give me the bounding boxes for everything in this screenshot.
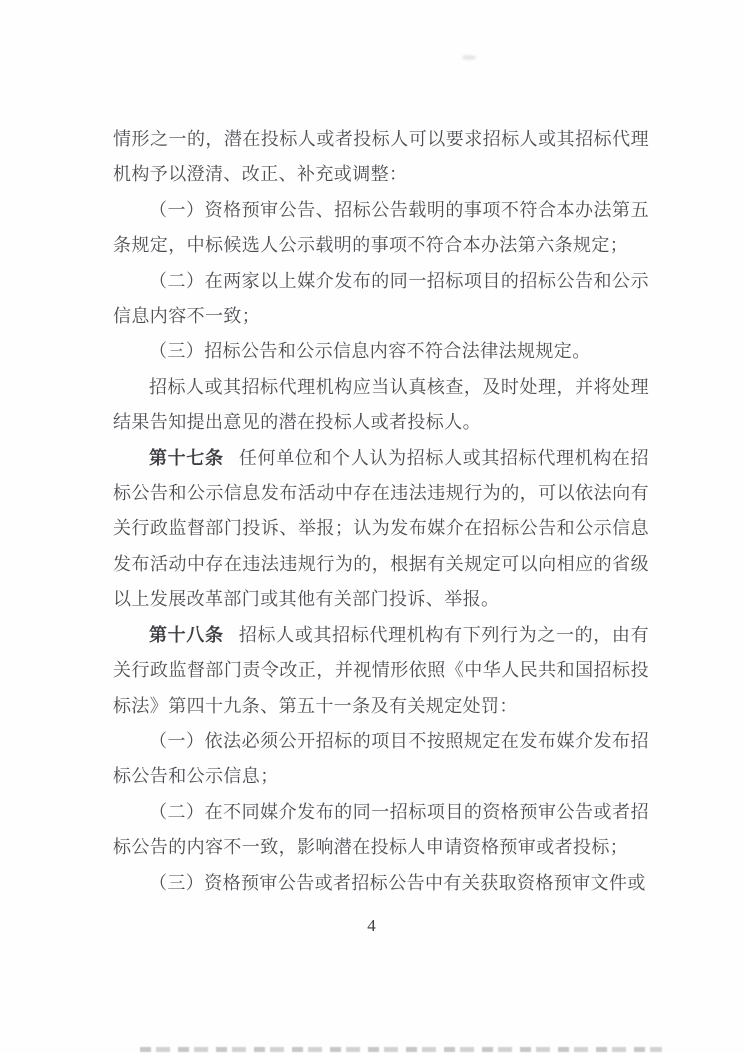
- paragraph: （二）在不同媒介发布的同一招标项目的资格预审公告或者招标公告的内容不一致，影响潜…: [113, 795, 649, 866]
- paragraph: （一）资格预审公告、招标公告载明的事项不符合本办法第五条规定，中标候选人公示载明…: [113, 193, 649, 264]
- page-number: 4: [0, 916, 744, 936]
- document-body: 情形之一的，潜在投标人或者投标人可以要求招标人或其招标代理机构予以澄清、改正、补…: [113, 122, 649, 901]
- document-page: 情形之一的，潜在投标人或者投标人可以要求招标人或其招标代理机构予以澄清、改正、补…: [0, 0, 744, 1053]
- paragraph: 招标人或其招标代理机构应当认真核查，及时处理，并将处理结果告知提出意见的潜在投标…: [113, 370, 649, 441]
- paragraph: 第十七条任何单位和个人认为招标人或其招标代理机构在招标公告和公示信息发布活动中存…: [113, 441, 649, 618]
- scan-smudge: [462, 55, 476, 60]
- paragraph: （三）招标公告和公示信息内容不符合法律法规规定。: [113, 334, 649, 369]
- article-number: 第十七条: [149, 448, 224, 468]
- paragraph: （三）资格预审公告或者招标公告中有关获取资格预审文件或: [113, 866, 649, 901]
- paragraph: 情形之一的，潜在投标人或者投标人可以要求招标人或其招标代理机构予以澄清、改正、补…: [113, 122, 649, 193]
- paragraph: 第十八条招标人或其招标代理机构有下列行为之一的，由有关行政监督部门责令改正，并视…: [113, 618, 649, 724]
- article-number: 第十八条: [149, 625, 224, 645]
- scan-artifact-strip: [140, 1047, 662, 1052]
- paragraph: （一）依法必须公开招标的项目不按照规定在发布媒介发布招标公告和公示信息；: [113, 724, 649, 795]
- paragraph: （二）在两家以上媒介发布的同一招标项目的招标公告和公示信息内容不一致；: [113, 264, 649, 335]
